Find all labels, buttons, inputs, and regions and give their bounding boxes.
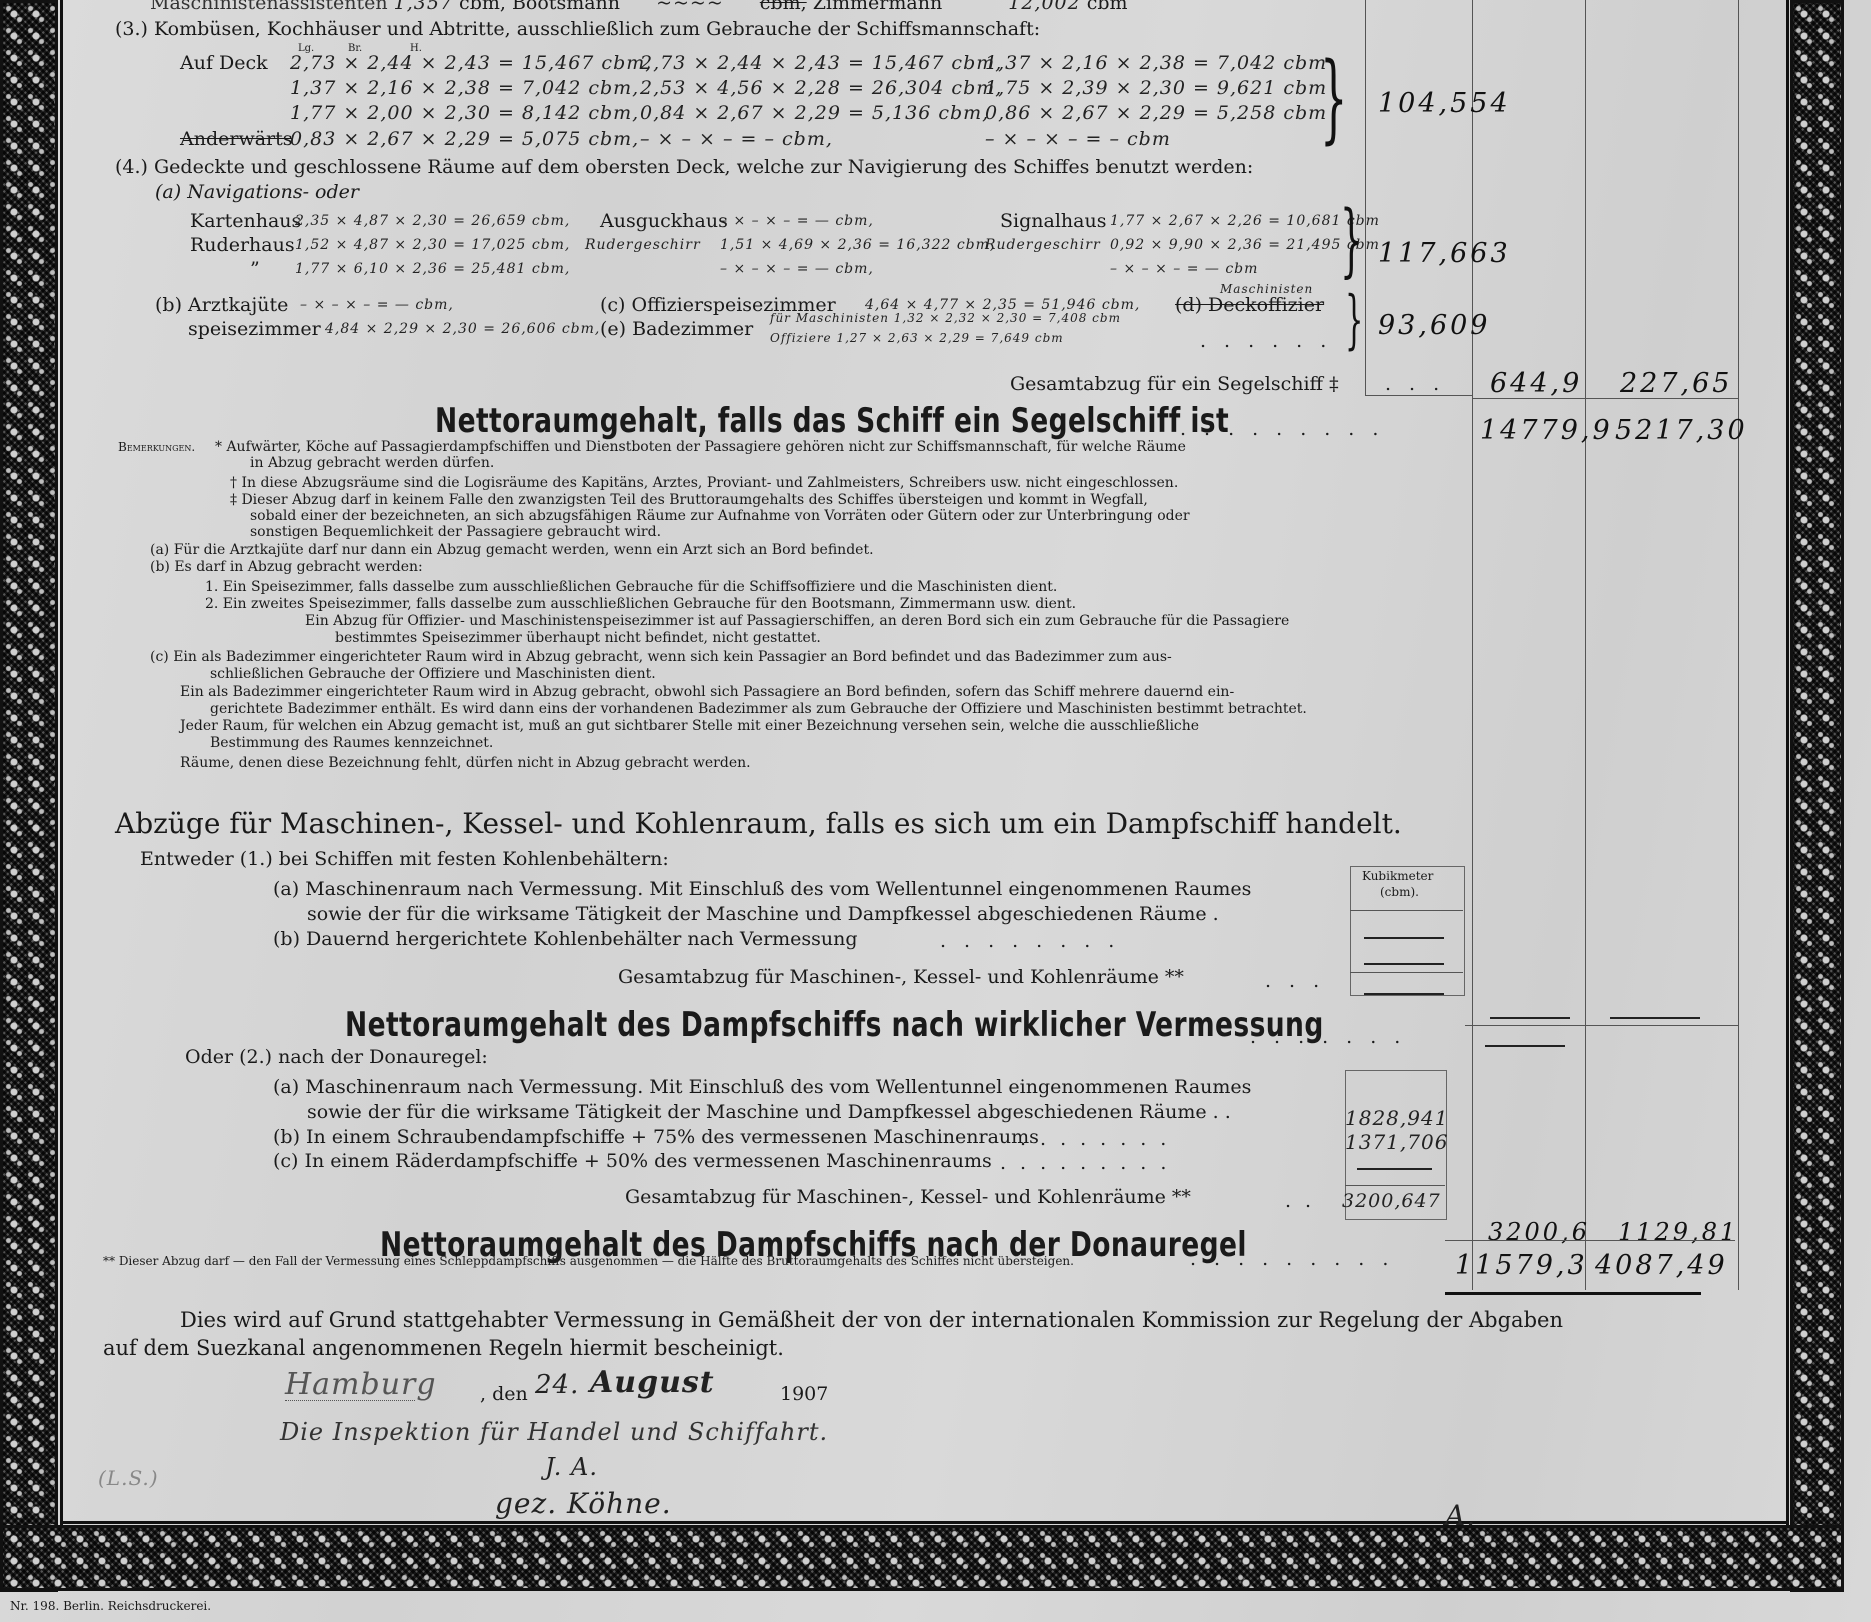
donau-c2-value: 1371,706 (1345, 1132, 1448, 1152)
signalhaus-label: Signalhaus (1000, 212, 1106, 231)
calc-row-3b: 0,84 × 2,67 × 2,29 = 5,136 cbm, (640, 104, 989, 123)
netto-segel-col2: 5217,30 (1615, 415, 1748, 446)
calc-row-3c: 0,86 × 2,67 × 2,29 = 5,258 cbm (985, 104, 1327, 123)
ornamental-border-bottom (0, 1525, 1844, 1591)
calc-row-4c: – × – × – = – cbm (985, 130, 1171, 149)
calc-row-4b: – × – × – = – cbm, (640, 130, 833, 149)
double-underline (1445, 1292, 1701, 1295)
deckoffizier-label: (d) Deckoffizier (1175, 296, 1324, 315)
ruderhaus-label: Ruderhaus (190, 236, 295, 255)
printer-footer: Nr. 198. Berlin. Reichsdruckerei. (10, 1600, 211, 1612)
calc-row-2c: 1,75 × 2,39 × 2,30 = 9,621 cbm (985, 79, 1327, 98)
dot-leader: ...... (1200, 332, 1344, 351)
kartenhaus-calc: 2,35 × 4,87 × 2,30 = 26,659 cbm, (295, 214, 570, 228)
inner-frame-right (1786, 0, 1789, 1525)
netto2-col1: 11579,3 (1455, 1250, 1588, 1281)
section3-top-partial: Maschinistenassistenten 1,357 cbm, Boots… (150, 0, 1128, 13)
brace-section4bcde: } (1345, 288, 1363, 352)
calc-row-1c: 1,37 × 2,16 × 2,38 = 7,042 cbm (985, 54, 1327, 73)
seal-mark: (L.S.) (98, 1468, 159, 1488)
rule (1350, 972, 1463, 973)
ausguckhaus-label: Ausguckhaus (600, 212, 728, 231)
gesamtabzug-segel-label: Gesamtabzug für ein Segelschiff ‡ (1010, 375, 1339, 394)
section3-total: 104,554 (1378, 88, 1511, 119)
steam-a2-line2: sowie der für die wirksame Tätigkeit der… (307, 1103, 1231, 1122)
column-divider-2 (1585, 0, 1586, 1290)
empty-calc-b: – × – × – = — cbm, (720, 262, 874, 276)
column-divider-3 (1738, 0, 1739, 1290)
rule (1345, 1185, 1445, 1186)
date-year: 1907 (780, 1385, 828, 1404)
arztkajuete-calc: – × – × – = — cbm, (300, 298, 454, 312)
dot-leader: ... (1265, 972, 1337, 991)
remarks-label: Bemerkungen. (118, 441, 195, 453)
steam-a1-line1: (a) Maschinenraum nach Vermessung. Mit E… (273, 880, 1251, 899)
remark-line: (b) Es darf in Abzug gebracht werden: (150, 560, 423, 574)
date-day: 24. (535, 1372, 579, 1398)
steam-a1-line2: sowie der für die wirksame Tätigkeit der… (307, 905, 1219, 924)
den-label: , den (480, 1385, 528, 1404)
steam-total2-label: Gesamtabzug für Maschinen-, Kessel- und … (625, 1188, 1191, 1207)
remark-line: sonstigen Bequemlichkeit der Passagiere … (250, 525, 661, 539)
empty-value-dash (1610, 1017, 1700, 1019)
sub-column-bottom (1365, 395, 1472, 396)
initial-mark: A. (1445, 1502, 1476, 1530)
empty-value-dash (1364, 937, 1444, 939)
place-handwritten: Hamburg (285, 1370, 437, 1400)
remark-line: schließlichen Gebrauche der Offiziere un… (210, 667, 656, 681)
remark-line: Jeder Raum, für welchen ein Abzug gemach… (180, 719, 1199, 733)
remark-line: (a) Für die Arztkajüte darf nur dann ein… (150, 543, 874, 557)
inner-frame-bottom (60, 1521, 1789, 1524)
steam-a2-line1: (a) Maschinenraum nach Vermessung. Mit E… (273, 1078, 1251, 1097)
remark-line: Ein als Badezimmer eingerichteter Raum w… (180, 685, 1234, 699)
steam-total1-label: Gesamtabzug für Maschinen-, Kessel- und … (618, 968, 1184, 987)
steam-c2: (c) In einem Räderdampfschiffe + 50% des… (273, 1152, 992, 1171)
remark-line: Bestimmung des Raumes kennzeichnet. (210, 736, 493, 750)
ruderhaus-calc: 1,52 × 4,87 × 2,30 = 17,025 cbm, (295, 238, 570, 252)
remark-line: (c) Ein als Badezimmer eingerichteter Ra… (150, 650, 1172, 664)
rule (1472, 398, 1738, 399)
remark-line: gerichtete Badezimmer enthält. Es wird d… (210, 702, 1307, 716)
remark-line: bestimmtes Speisezimmer überhaupt nicht … (335, 631, 821, 645)
column-divider-1 (1472, 0, 1473, 1290)
netto2-col2: 4087,49 (1595, 1250, 1728, 1281)
dot-leader: .. (1285, 1192, 1325, 1211)
anderwaerts-label: Anderwärts (180, 130, 293, 149)
calc-row-2b: 2,53 × 4,56 × 2,28 = 26,304 cbm, (640, 79, 1002, 98)
section4-a-label: (a) Navigations- oder (155, 183, 359, 202)
certification-line1: Dies wird auf Grund stattgehabter Vermes… (180, 1310, 1563, 1331)
brace-section4a: } (1340, 200, 1363, 280)
ornamental-border-right (1790, 0, 1844, 1592)
remark-line: in Abzug gebracht werden dürfen. (250, 456, 494, 470)
kartenhaus-label: Kartenhaus (190, 212, 301, 231)
speisezimmer-label: speisezimmer (188, 320, 321, 339)
signature: gez. Köhne. (495, 1490, 672, 1518)
dot-leader: ... (1385, 375, 1457, 394)
date-month: August (590, 1368, 715, 1398)
remark-line: † In diese Abzugsräume sind die Logisräu… (230, 476, 1178, 490)
steam-b2: (b) In einem Schraubendampfschiffe + 75%… (273, 1128, 1039, 1147)
empty-value-dash (1490, 1017, 1570, 1019)
remark-line: Räume, denen diese Bezeichnung fehlt, dü… (180, 756, 751, 770)
rudergeschirr-calc-1: 1,51 × 4,69 × 2,36 = 16,322 cbm, (720, 238, 995, 252)
remark-line: * Aufwärter, Köche auf Passagierdampfsch… (215, 440, 1186, 454)
badezimmer-calc-1: für Maschinisten 1,32 × 2,32 × 2,30 = 7,… (770, 312, 1121, 324)
rule (1445, 1240, 1735, 1241)
section4-title: (4.) Gedeckte und geschlossene Räume auf… (115, 158, 1253, 177)
calc-row-1a: 2,73 × 2,44 × 2,43 = 15,467 cbm, (290, 54, 652, 73)
remark-line: 1. Ein Speisezimmer, falls dasselbe zum … (205, 580, 1057, 594)
dot-leader: ....... (1250, 1028, 1418, 1047)
ruderhaus-calc-2: 1,77 × 6,10 × 2,36 = 25,481 cbm, (295, 262, 570, 276)
dot-leader: ........ (940, 932, 1132, 951)
donau-b2-value: 1828,941 (1345, 1108, 1448, 1128)
calc-row-2a: 1,37 × 2,16 × 2,38 = 7,042 cbm, (290, 79, 639, 98)
ditto-mark: ” (250, 260, 260, 279)
netto-segel-col1: 14779,9 (1480, 415, 1613, 446)
rudergeschirr-label-2: Rudergeschirr (985, 238, 1101, 252)
ia-handwritten: J. A. (545, 1455, 598, 1479)
calc-row-1b: 2,73 × 2,44 × 2,43 = 15,467 cbm, (640, 54, 1002, 73)
empty-value-dash (1364, 993, 1444, 995)
calc-row-4a: 0,83 × 2,67 × 2,29 = 5,075 cbm, (290, 130, 639, 149)
ausguckhaus-calc: – × – × – = — cbm, (720, 214, 874, 228)
donau-total-col1: 3200,6 (1488, 1218, 1590, 1246)
steam-option1: Entweder (1.) bei Schiffen mit festen Ko… (140, 850, 669, 869)
dot-leader: ......... (1180, 420, 1396, 439)
rule (1465, 1025, 1738, 1026)
netto-segel-heading: Nettoraumgehalt, falls das Schiff ein Se… (435, 404, 1229, 438)
inner-frame-left (60, 0, 63, 1525)
netto1-heading: Nettoraumgehalt des Dampfschiffs nach wi… (345, 1008, 1324, 1042)
empty-value-dash (1485, 1045, 1565, 1047)
badezimmer-calc-2: Offiziere 1,27 × 2,63 × 2,29 = 7,649 cbm (770, 332, 1064, 344)
speisezimmer-calc: 4,84 × 2,29 × 2,30 = 26,606 cbm, (325, 322, 600, 336)
authority-handwritten: Die Inspektion für Handel und Schiffahrt… (280, 1420, 828, 1444)
rudergeschirr-label-1: Rudergeschirr (585, 238, 701, 252)
column-divider-sub (1365, 0, 1366, 395)
dot-leader: ......... (1000, 1154, 1180, 1173)
remark-line: Ein Abzug für Offizier- und Maschinisten… (305, 614, 1289, 628)
gesamtabzug-segel-col2: 227,65 (1620, 368, 1732, 399)
section3-title: (3.) Kombüsen, Kochhäuser und Abtritte, … (115, 20, 1040, 39)
rule (1350, 910, 1463, 911)
ornamental-border-left (0, 0, 58, 1592)
remark-line: sobald einer der bezeichneten, an sich a… (250, 509, 1190, 523)
brace-section3: } (1320, 50, 1347, 146)
arztkajuete-label: (b) Arztkajüte (155, 296, 288, 315)
donau-total-col2: 1129,81 (1618, 1218, 1738, 1246)
section4a-total: 117,663 (1378, 238, 1511, 269)
empty-calc-c: – × – × – = — cbm (1110, 262, 1258, 276)
dot-leader: ........ (1020, 1130, 1180, 1149)
offizierspeisezimmer-calc: 4,64 × 4,77 × 2,35 = 51,946 cbm, (865, 298, 1140, 312)
remark-line: 2. Ein zweites Speisezimmer, falls dasse… (205, 597, 1076, 611)
certification-line2: auf dem Suezkanal angenommenen Regeln hi… (103, 1338, 784, 1359)
steam-footnote: ** Dieser Abzug darf — den Fall der Verm… (103, 1254, 1433, 1269)
auf-deck-label: Auf Deck (180, 54, 268, 73)
remark-line: ‡ Dieser Abzug darf in keinem Falle den … (230, 493, 1148, 507)
kubikmeter-header: Kubikmeter (1362, 870, 1433, 882)
steam-b1: (b) Dauernd hergerichtete Kohlenbehälter… (273, 930, 858, 949)
steam-heading: Abzüge für Maschinen-, Kessel- und Kohle… (115, 810, 1402, 838)
empty-value-dash (1357, 1168, 1432, 1170)
document-page: Maschinistenassistenten 1,357 cbm, Boots… (0, 0, 1871, 1622)
badezimmer-label: (e) Badezimmer (600, 320, 753, 339)
empty-value-dash (1364, 963, 1444, 965)
cbm-header: (cbm). (1380, 886, 1419, 898)
steam-option2: Oder (2.) nach der Donauregel: (185, 1048, 488, 1067)
calc-row-3a: 1,77 × 2,00 × 2,30 = 8,142 cbm, (290, 104, 639, 123)
donau-total-value: 3200,647 (1342, 1192, 1441, 1211)
gesamtabzug-segel-col1: 644,9 (1490, 368, 1582, 399)
section4bcde-total: 93,609 (1378, 310, 1490, 341)
